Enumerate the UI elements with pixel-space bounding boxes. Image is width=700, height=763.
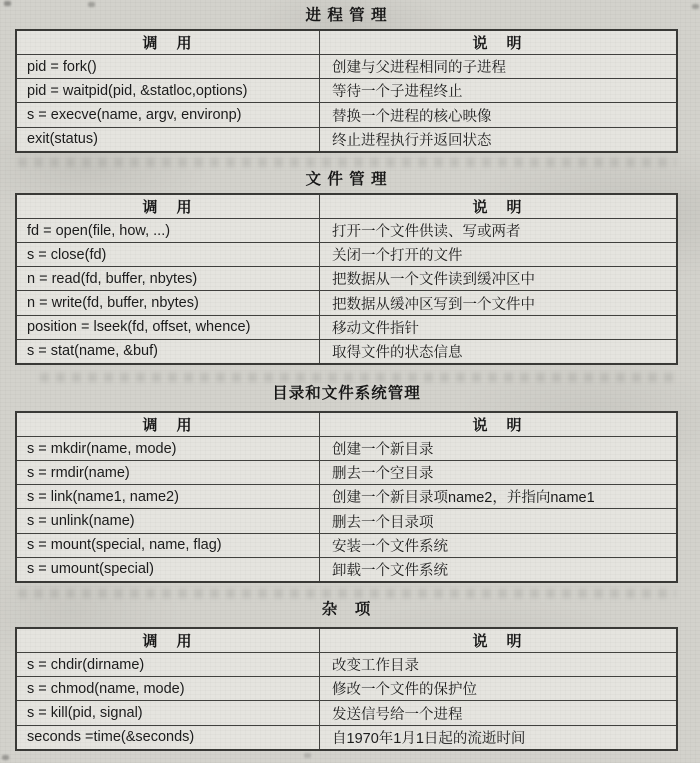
column-header-desc: 说 明 — [320, 412, 678, 437]
bleedthrough-text-strip — [40, 373, 676, 382]
column-header-call: 调 用 — [16, 412, 320, 437]
syscall-cell: s = mount(special, name, flag) — [16, 533, 320, 557]
table-row: pid = fork() 创建与父进程相同的子进程 — [16, 55, 677, 79]
table-row: seconds =time(&seconds) 自1970年1月1日起的流逝时间 — [16, 725, 677, 750]
description-cell: 修改一个文件的保护位 — [320, 677, 678, 701]
section-miscellaneous: 杂 项 调 用 说 明 s = chdir(dirname) 改变工作目录 s … — [15, 600, 678, 751]
syscall-table-process: 调 用 说 明 pid = fork() 创建与父进程相同的子进程 pid = … — [15, 29, 678, 153]
header-row: 调 用 说 明 — [16, 30, 677, 55]
description-cell: 改变工作目录 — [320, 653, 678, 677]
table-row: n = read(fd, buffer, nbytes) 把数据从一个文件读到缓… — [16, 267, 677, 291]
syscall-cell: seconds =time(&seconds) — [16, 725, 320, 750]
description-cell: 终止进程执行并返回状态 — [320, 127, 678, 152]
description-cell: 卸载一个文件系统 — [320, 557, 678, 582]
table-row: s = chdir(dirname) 改变工作目录 — [16, 653, 677, 677]
description-cell: 创建一个新目录 — [320, 437, 678, 461]
section-title: 杂 项 — [15, 600, 678, 620]
description-cell: 删去一个目录项 — [320, 509, 678, 533]
syscall-cell: n = read(fd, buffer, nbytes) — [16, 267, 320, 291]
table-row: s = close(fd) 关闭一个打开的文件 — [16, 243, 677, 267]
syscall-cell: s = chmod(name, mode) — [16, 677, 320, 701]
section-title: 文 件 管 理 — [15, 170, 678, 190]
syscall-cell: s = stat(name, &buf) — [16, 339, 320, 364]
table-row: s = mount(special, name, flag) 安装一个文件系统 — [16, 533, 677, 557]
table-row: exit(status) 终止进程执行并返回状态 — [16, 127, 677, 152]
description-cell: 把数据从缓冲区写到一个文件中 — [320, 291, 678, 315]
description-cell: 关闭一个打开的文件 — [320, 243, 678, 267]
table-row: s = unlink(name) 删去一个目录项 — [16, 509, 677, 533]
table-row: s = chmod(name, mode) 修改一个文件的保护位 — [16, 677, 677, 701]
section-directory-fs-management: 目录和文件系统管理 调 用 说 明 s = mkdir(name, mode) … — [15, 384, 678, 583]
syscall-cell: s = mkdir(name, mode) — [16, 437, 320, 461]
description-cell: 把数据从一个文件读到缓冲区中 — [320, 267, 678, 291]
syscall-cell: pid = waitpid(pid, &statloc,options) — [16, 79, 320, 103]
bleedthrough-text-strip — [18, 589, 676, 598]
section-title: 进 程 管 理 — [15, 6, 678, 26]
syscall-cell: s = rmdir(name) — [16, 461, 320, 485]
description-cell: 移动文件指针 — [320, 315, 678, 339]
column-header-call: 调 用 — [16, 194, 320, 219]
syscall-cell: fd = open(file, how, ...) — [16, 219, 320, 243]
description-cell: 替换一个进程的核心映像 — [320, 103, 678, 127]
table-row: s = kill(pid, signal) 发送信号给一个进程 — [16, 701, 677, 725]
column-header-desc: 说 明 — [320, 628, 678, 653]
syscall-cell: s = execve(name, argv, environp) — [16, 103, 320, 127]
section-process-management: 进 程 管 理 调 用 说 明 pid = fork() 创建与父进程相同的子进… — [15, 6, 678, 153]
syscall-cell: exit(status) — [16, 127, 320, 152]
bleedthrough-text-strip — [18, 158, 676, 167]
syscall-table-directory: 调 用 说 明 s = mkdir(name, mode) 创建一个新目录 s … — [15, 411, 678, 583]
table-row: s = mkdir(name, mode) 创建一个新目录 — [16, 437, 677, 461]
column-header-call: 调 用 — [16, 30, 320, 55]
table-row: s = rmdir(name) 删去一个空目录 — [16, 461, 677, 485]
header-row: 调 用 说 明 — [16, 628, 677, 653]
table-row: s = execve(name, argv, environp) 替换一个进程的… — [16, 103, 677, 127]
syscall-cell: s = kill(pid, signal) — [16, 701, 320, 725]
table-row: fd = open(file, how, ...) 打开一个文件供读、写或两者 — [16, 219, 677, 243]
syscall-cell: pid = fork() — [16, 55, 320, 79]
syscall-cell: s = umount(special) — [16, 557, 320, 582]
scanned-book-page: { "columns": { "call": "调 用", "desc": "说… — [0, 0, 700, 763]
description-cell: 取得文件的状态信息 — [320, 339, 678, 364]
syscall-table-misc: 调 用 说 明 s = chdir(dirname) 改变工作目录 s = ch… — [15, 627, 678, 751]
header-row: 调 用 说 明 — [16, 412, 677, 437]
table-row: s = stat(name, &buf) 取得文件的状态信息 — [16, 339, 677, 364]
syscall-table-file: 调 用 说 明 fd = open(file, how, ...) 打开一个文件… — [15, 193, 678, 365]
description-cell: 等待一个子进程终止 — [320, 79, 678, 103]
scan-artifact — [4, 1, 11, 6]
syscall-cell: n = write(fd, buffer, nbytes) — [16, 291, 320, 315]
table-row: pid = waitpid(pid, &statloc,options) 等待一… — [16, 79, 677, 103]
description-cell: 创建与父进程相同的子进程 — [320, 55, 678, 79]
syscall-cell: s = link(name1, name2) — [16, 485, 320, 509]
syscall-cell: s = close(fd) — [16, 243, 320, 267]
syscall-cell: s = unlink(name) — [16, 509, 320, 533]
table-row: s = link(name1, name2) 创建一个新目录项name2，并指向… — [16, 485, 677, 509]
section-file-management: 文 件 管 理 调 用 说 明 fd = open(file, how, ...… — [15, 170, 678, 365]
table-row: n = write(fd, buffer, nbytes) 把数据从缓冲区写到一… — [16, 291, 677, 315]
syscall-cell: s = chdir(dirname) — [16, 653, 320, 677]
description-cell: 发送信号给一个进程 — [320, 701, 678, 725]
description-cell: 安装一个文件系统 — [320, 533, 678, 557]
table-row: position = lseek(fd, offset, whence) 移动文… — [16, 315, 677, 339]
column-header-desc: 说 明 — [320, 30, 678, 55]
syscall-cell: position = lseek(fd, offset, whence) — [16, 315, 320, 339]
description-cell: 打开一个文件供读、写或两者 — [320, 219, 678, 243]
section-title: 目录和文件系统管理 — [15, 384, 678, 404]
table-row: s = umount(special) 卸载一个文件系统 — [16, 557, 677, 582]
description-cell: 自1970年1月1日起的流逝时间 — [320, 725, 678, 750]
header-row: 调 用 说 明 — [16, 194, 677, 219]
column-header-desc: 说 明 — [320, 194, 678, 219]
description-cell: 创建一个新目录项name2，并指向name1 — [320, 485, 678, 509]
column-header-call: 调 用 — [16, 628, 320, 653]
description-cell: 删去一个空目录 — [320, 461, 678, 485]
